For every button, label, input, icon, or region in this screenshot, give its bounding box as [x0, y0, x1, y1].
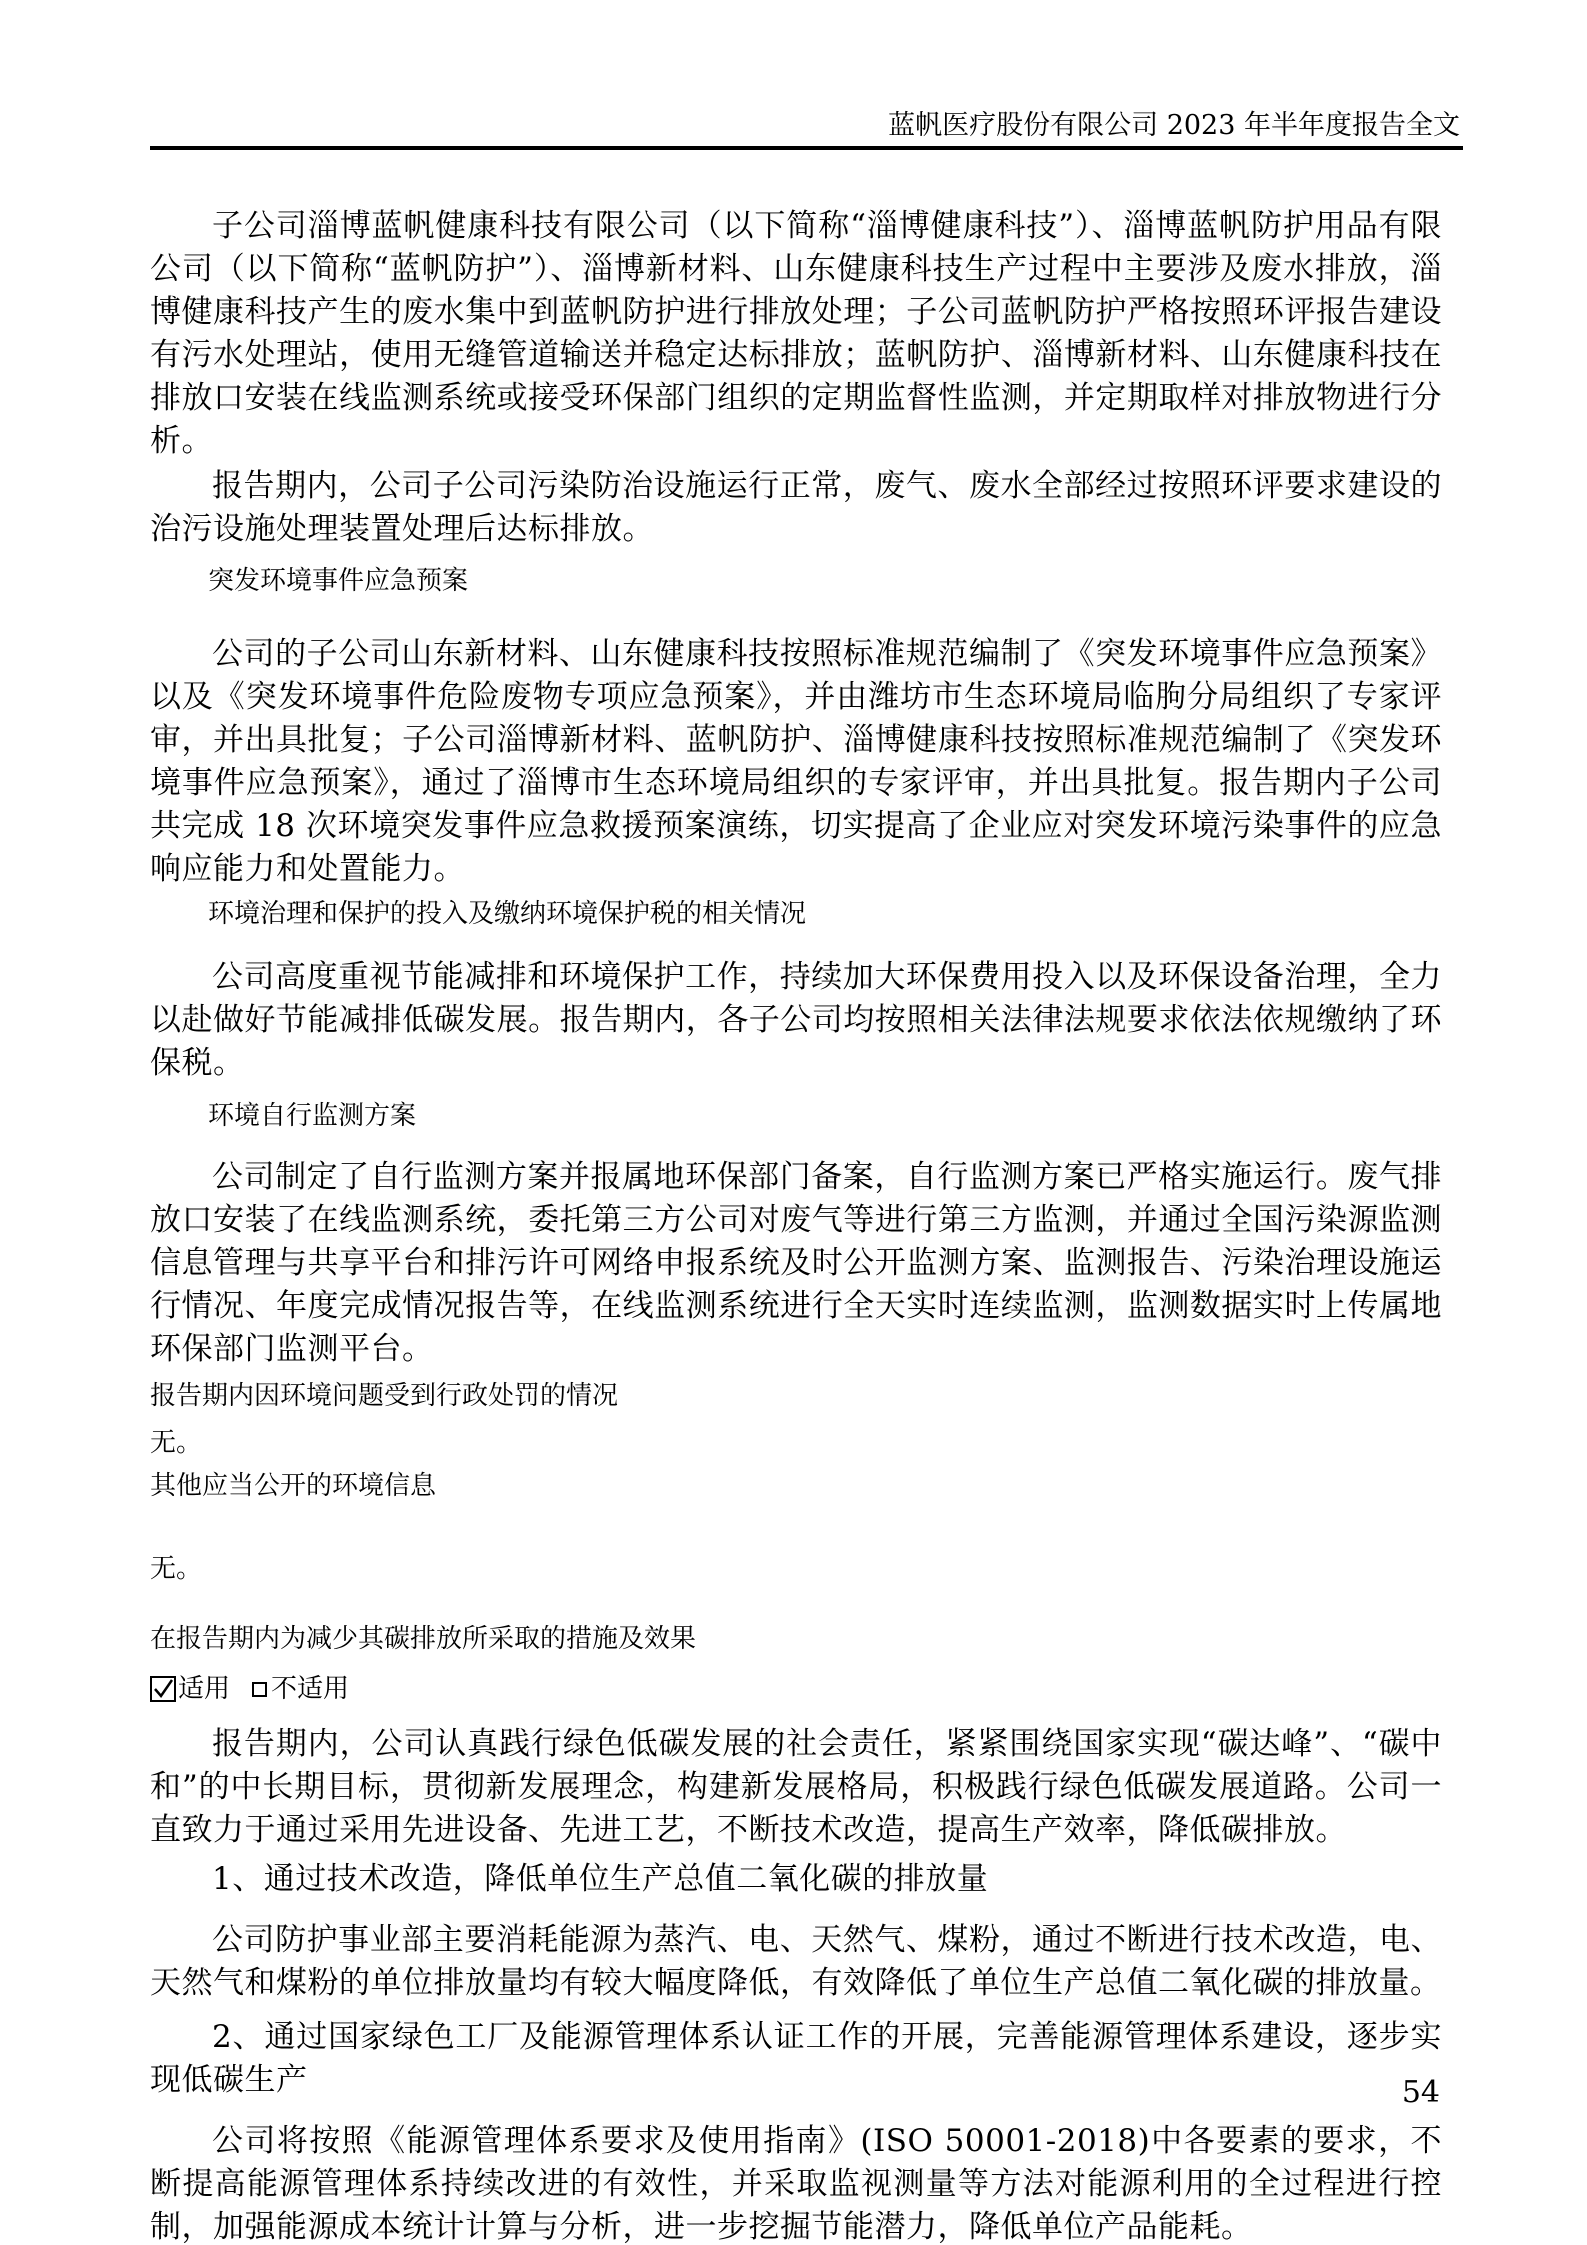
paragraph-self-monitoring-detail: 公司制定了自行监测方案并报属地环保部门备案，自行监测方案已严格实施运行。废气排放… — [150, 1156, 1442, 1371]
paragraph-wastewater-treatment: 子公司淄博蓝帆健康科技有限公司（以下简称“淄博健康科技”）、淄博蓝帆防护用品有限… — [150, 205, 1442, 463]
page-header-title: 蓝帆医疗股份有限公司 2023 年半年度报告全文 — [888, 110, 1460, 141]
page-header: 蓝帆医疗股份有限公司 2023 年半年度报告全文 — [150, 110, 1460, 142]
header-rule — [150, 146, 1463, 150]
paragraph-pollution-facilities: 报告期内，公司子公司污染防治设施运行正常，废气、废水全部经过按照环评要求建设的治… — [150, 465, 1442, 551]
label-carbon-reduction-measures: 在报告期内为减少其碳排放所采取的措施及效果 — [150, 1624, 1442, 1654]
other-info-none-value: 无。 — [150, 1554, 1442, 1584]
penalty-none-value: 无。 — [150, 1428, 1442, 1458]
paragraph-energy-consumption: 公司防护事业部主要消耗能源为蒸汽、电、天然气、煤粉，通过不断进行技术改造，电、天… — [150, 1919, 1442, 2005]
checked-checkbox-icon — [150, 1676, 176, 1702]
applicability-row: 适用 不适用 — [150, 1673, 1442, 1705]
label-administrative-penalty: 报告期内因环境问题受到行政处罚的情况 — [150, 1381, 1442, 1411]
report-page: 蓝帆医疗股份有限公司 2023 年半年度报告全文 子公司淄博蓝帆健康科技有限公司… — [0, 0, 1587, 2245]
label-other-environment-info: 其他应当公开的环境信息 — [150, 1471, 1442, 1501]
applicable-label: 适用 — [178, 1673, 230, 1705]
section-heading-self-monitoring: 环境自行监测方案 — [150, 1101, 1442, 1131]
section-heading-emergency-plan: 突发环境事件应急预案 — [150, 566, 1442, 596]
paragraph-emergency-plan-detail: 公司的子公司山东新材料、山东健康科技按照标准规范编制了《突发环境事件应急预案》以… — [150, 633, 1442, 891]
paragraph-green-development: 报告期内，公司认真践行绿色低碳发展的社会责任，紧紧围绕国家实现“碳达峰”、“碳中… — [150, 1723, 1442, 1852]
unchecked-checkbox-icon — [252, 1682, 267, 1697]
paragraph-iso50001: 公司将按照《能源管理体系要求及使用指南》(ISO 50001-2018)中各要素… — [150, 2120, 1442, 2245]
list-item-technical-renovation: 1、通过技术改造，降低单位生产总值二氧化碳的排放量 — [150, 1858, 1442, 1901]
not-applicable-label: 不适用 — [271, 1673, 349, 1705]
paragraph-environment-investment-detail: 公司高度重视节能减排和环境保护工作，持续加大环保费用投入以及环保设备治理，全力以… — [150, 956, 1442, 1085]
section-heading-environment-investment: 环境治理和保护的投入及缴纳环境保护税的相关情况 — [150, 899, 1442, 929]
page-body: 子公司淄博蓝帆健康科技有限公司（以下简称“淄博健康科技”）、淄博蓝帆防护用品有限… — [150, 205, 1442, 2245]
page-number: 54 — [150, 2076, 1440, 2110]
